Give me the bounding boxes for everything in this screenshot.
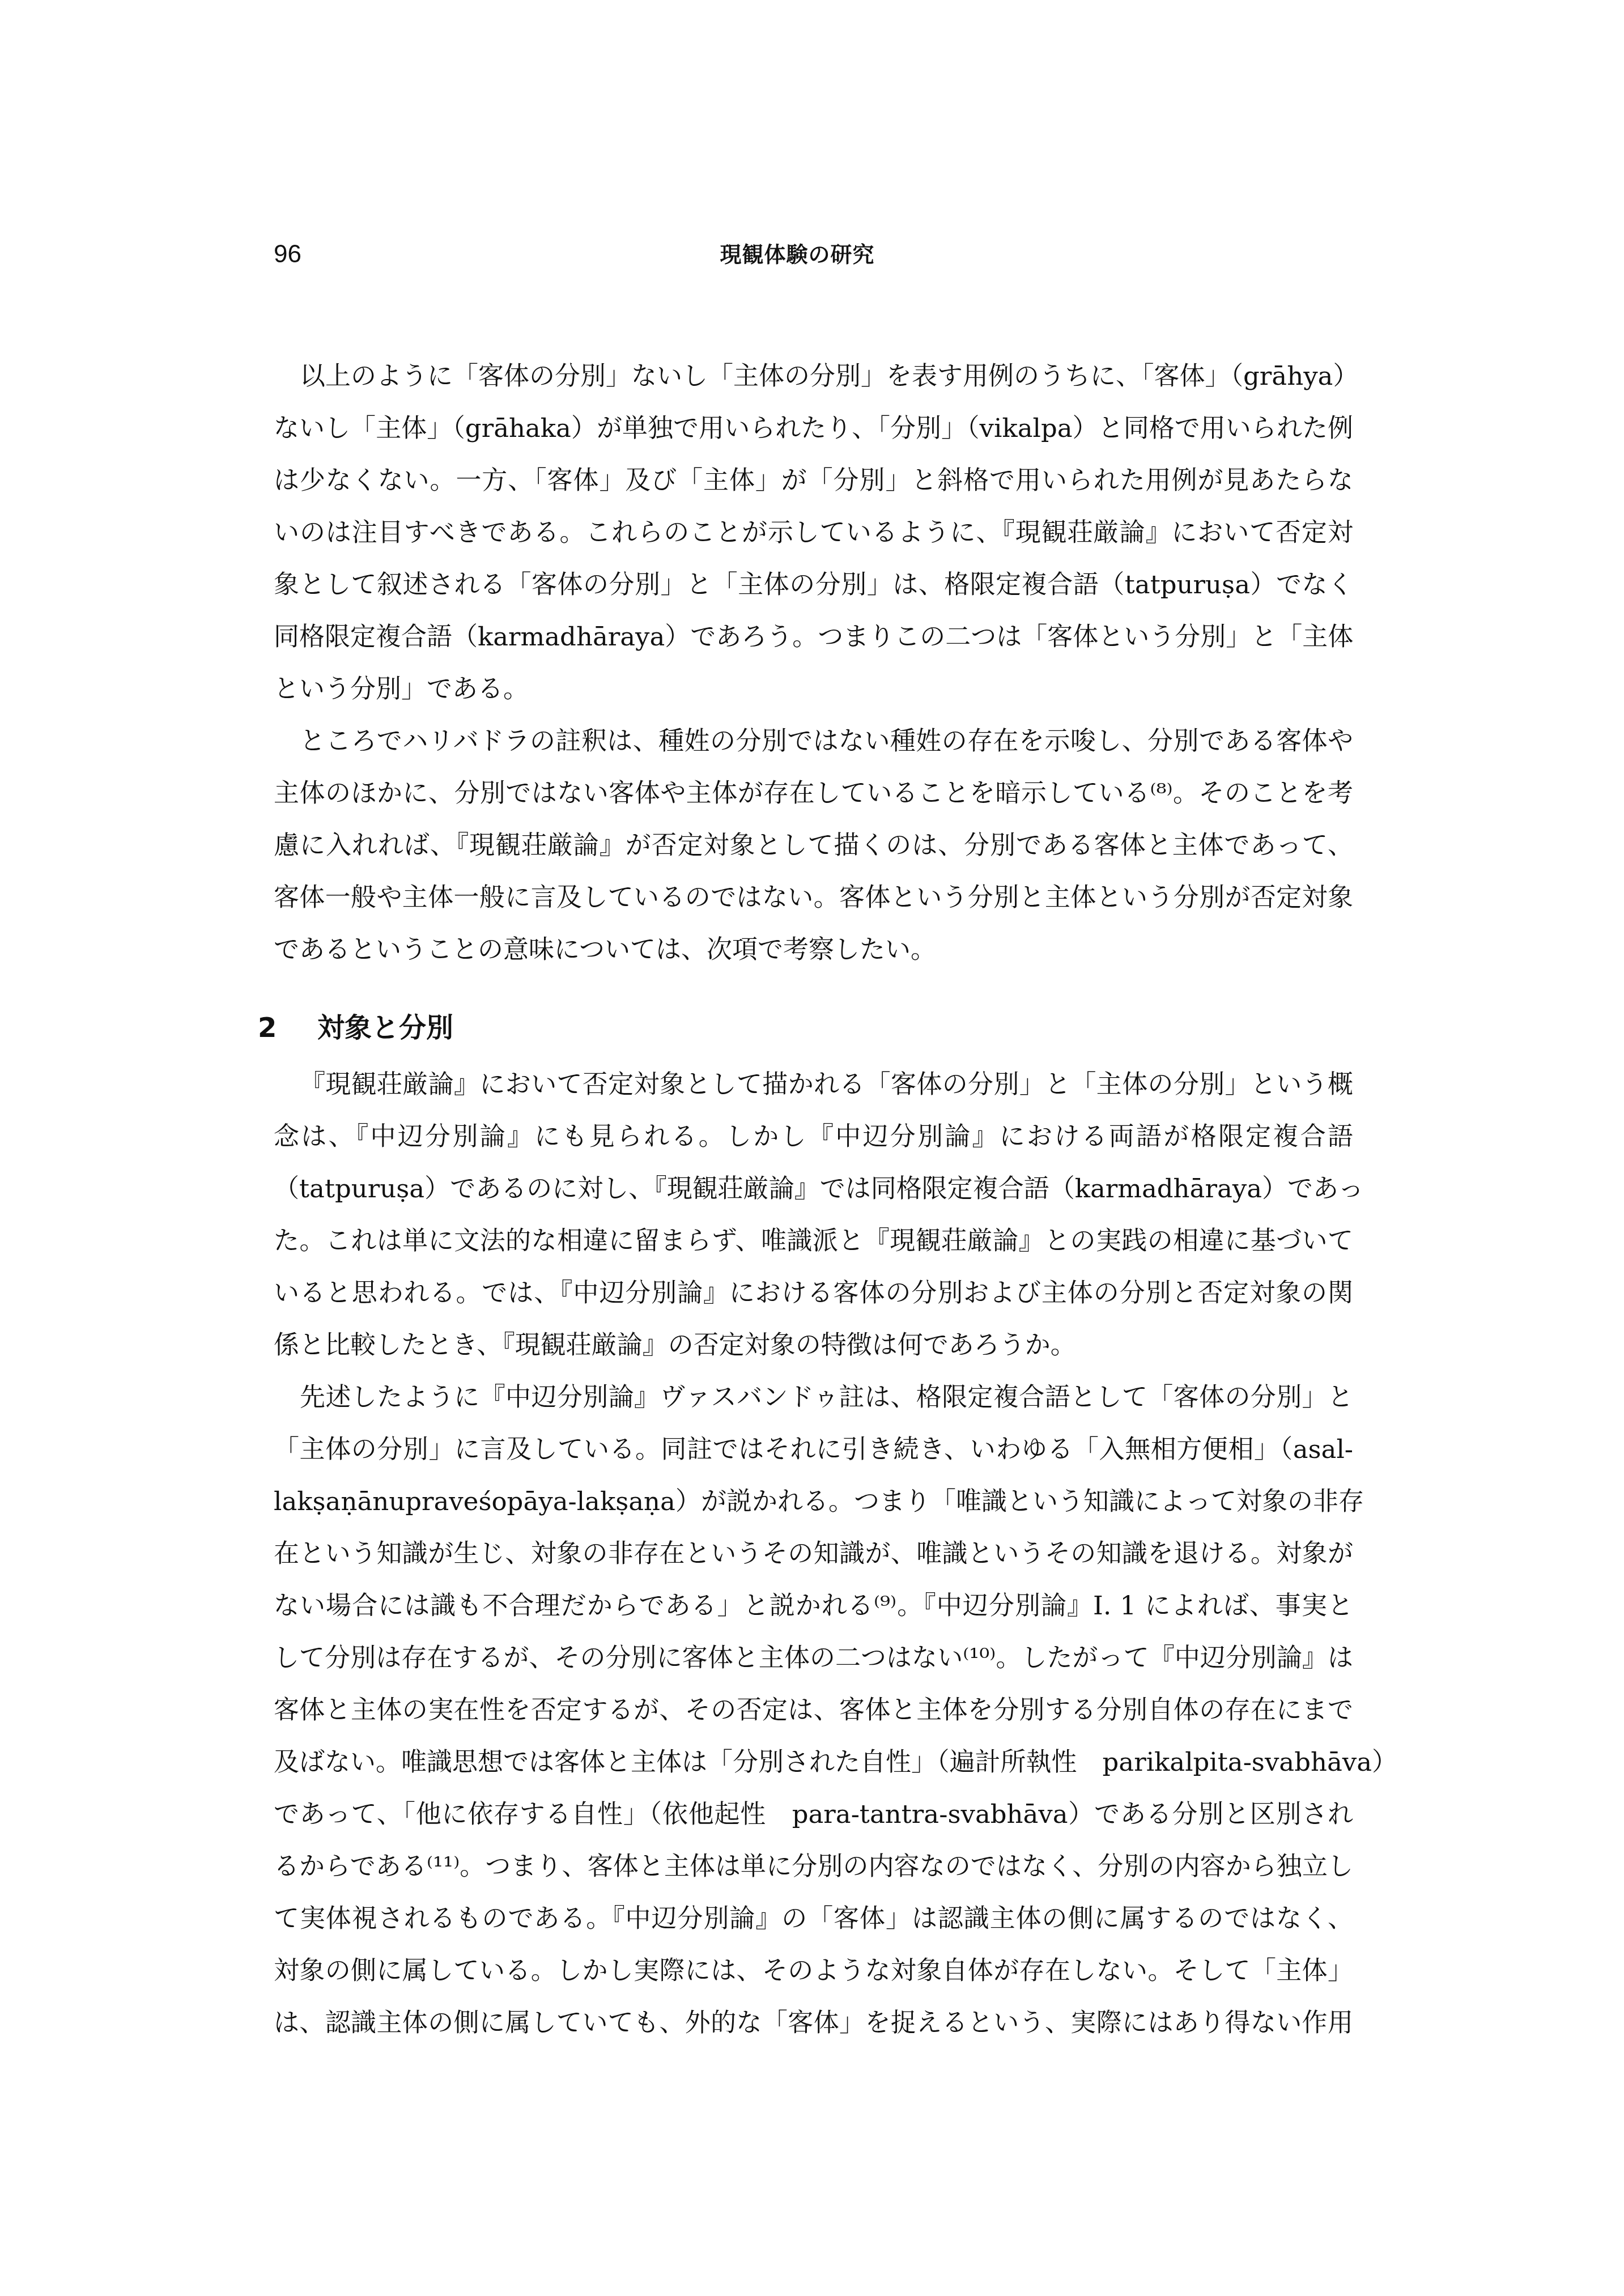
text-line: ところでハリバドラの註釈は、種姓の分別ではない種姓の存在を示唆し、分別である客体…	[274, 725, 1353, 757]
text-line: 慮に入れれば、『現観荘厳論』が否定対象として描くのは、分別である客体と主体であっ…	[274, 830, 1353, 861]
text-line: であって、「他に依存する自性」（依他起性 para-tantra-svabhāv…	[274, 1798, 1353, 1830]
text-line: 係と比較したとき、『現観荘厳論』の否定対象の特徴は何であろうか。	[274, 1329, 1353, 1361]
text-line: ないし「主体」（grāhaka）が単独で用いられたり、「分別」（vikalpa）…	[274, 413, 1353, 444]
text-line: 「主体の分別」に言及している。同註ではそれに引き続き、いわゆる「入無相方便相」（…	[274, 1434, 1353, 1465]
text-line: 及ばない。唯識思想では客体と主体は「分別された自性」（遍計所執性 parikal…	[274, 1746, 1353, 1778]
text-line: 対象の側に属している。しかし実際には、そのような対象自体が存在しない。そして「主…	[274, 1955, 1353, 1987]
text-line: ない場合には識も不合理だからである」と説かれる⁽⁹⁾。『中辺分別論』I. 1 に…	[274, 1590, 1353, 1622]
text-line: 主体のほかに、分別ではない客体や主体が存在していることを暗示している⁽⁸⁾。その…	[274, 777, 1353, 809]
text-line: lakṣaṇānupraveśopāya-lakṣaṇa）が説かれる。つまり「唯…	[274, 1486, 1353, 1517]
text-line: 先述したように『中辺分別論』ヴァスバンドゥ註は、格限定複合語として「客体の分別」…	[274, 1381, 1353, 1413]
text-line: であるということの意味については、次項で考察したい。	[274, 934, 1353, 966]
page-number: 96	[274, 240, 301, 269]
text-line: という分別」である。	[274, 673, 1353, 705]
section-title: 対象と分別	[317, 1012, 453, 1044]
text-line: た。これは単に文法的な相違に留まらず、唯識派と『現観荘厳論』との実践の相違に基づ…	[274, 1225, 1353, 1257]
text-line: て実体視されるものである。『中辺分別論』の「客体」は認識主体の側に属するのではな…	[274, 1903, 1353, 1934]
text-line: （tatpuruṣa）であるのに対し、『現観荘厳論』では同格限定複合語（karm…	[274, 1173, 1353, 1205]
text-line: 念は、『中辺分別論』にも見られる。しかし『中辺分別論』における両語が格限定複合語	[274, 1121, 1353, 1153]
text-line: 『現観荘厳論』において否定対象として描かれる「客体の分別」と「主体の分別」という…	[274, 1069, 1353, 1100]
text-line: は少なくない。一方、「客体」及び「主体」が「分別」と斜格で用いられた用例が見あた…	[274, 465, 1353, 496]
text-line: いると思われる。では、『中辺分別論』における客体の分別および主体の分別と否定対象…	[274, 1277, 1353, 1309]
text-line: 以上のように「客体の分別」ないし「主体の分別」を表す用例のうちに、「客体」（gr…	[274, 360, 1353, 392]
text-line: 客体一般や主体一般に言及しているのではない。客体という分別と主体という分別が否定…	[274, 882, 1353, 913]
text-line: るからである⁽¹¹⁾。つまり、客体と主体は単に分別の内容なのではなく、分別の内容…	[274, 1851, 1353, 1882]
section-number: 2	[258, 1011, 317, 1045]
text-line: 在という知識が生じ、対象の非存在というその知識が、唯識というその知識を退ける。対…	[274, 1538, 1353, 1570]
section-heading: 2対象と分別	[258, 1011, 453, 1045]
text-line: は、認識主体の側に属していても、外的な「客体」を捉えるという、実際にはあり得ない…	[274, 2007, 1353, 2039]
running-title: 現観体験の研究	[715, 240, 879, 269]
text-line: 同格限定複合語（karmadhāraya）であろう。つまりこの二つは「客体という…	[274, 621, 1353, 653]
text-line: 客体と主体の実在性を否定するが、その否定は、客体と主体を分別する分別自体の存在に…	[274, 1694, 1353, 1726]
page-header: 96 現観体験の研究	[0, 240, 1624, 269]
text-line: 象として叙述される「客体の分別」と「主体の分別」は、格限定複合語（tatpuru…	[274, 569, 1353, 601]
text-line: して分別は存在するが、その分別に客体と主体の二つはない⁽¹⁰⁾。したがって『中辺…	[274, 1642, 1353, 1674]
text-line: いのは注目すべきである。これらのことが示しているように、『現観荘厳論』において否…	[274, 517, 1353, 549]
